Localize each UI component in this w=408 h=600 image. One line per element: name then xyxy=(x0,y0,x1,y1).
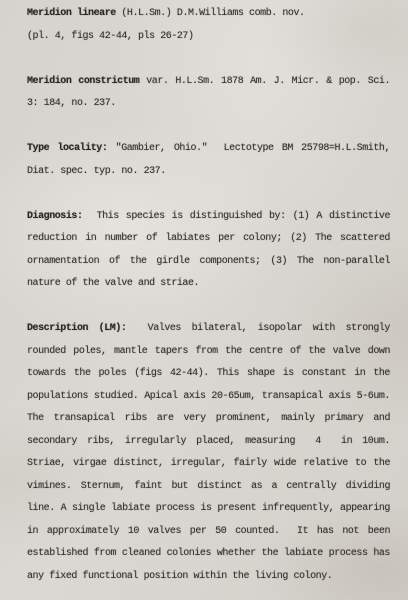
type-locality-text: "Gambier, Ohio." Lectotype BM 25798=H.L.… xyxy=(107,143,390,154)
diagnosis-label: Diagnosis: xyxy=(27,211,83,222)
scanned-document-page: Meridion lineare (H.L.Sm.) D.M.Williams … xyxy=(0,0,408,600)
description-line-3: towards the poles (figs 42-44). This sha… xyxy=(27,363,390,386)
description-label: Description (LM): xyxy=(27,323,126,334)
description-line-9: line. A single labiate process is presen… xyxy=(27,498,390,521)
plate-figure-reference: (pl. 4, figs 42-44, pls 26-27) xyxy=(27,26,390,49)
type-locality-line-2: Diat. spec. typ. no. 237. xyxy=(27,161,390,184)
diagnosis-line-3: ornamentation of the girdle components; … xyxy=(27,251,390,274)
synonym-citation-line-1: Meridion constrictum var. H.L.Sm. 1878 A… xyxy=(27,71,390,94)
species-heading-block: Meridion lineare (H.L.Sm.) D.M.Williams … xyxy=(27,3,390,48)
description-line-4: populations studied. Apical axis 20-65um… xyxy=(27,386,390,409)
description-line-5: The transapical ribs are very prominent,… xyxy=(27,408,390,431)
description-line-8: vimines. Sternum, faint but distinct as … xyxy=(27,476,390,499)
type-locality-label: Type locality: xyxy=(27,143,107,154)
description-line-10: in approximately 10 valves per 50 counte… xyxy=(27,521,390,544)
synonym-citation-rest: var. H.L.Sm. 1878 Am. J. Micr. & pop. Sc… xyxy=(139,76,390,87)
diagnosis-block: Diagnosis: This species is distinguished… xyxy=(27,206,390,296)
synonym-citation-line-2: 3: 184, no. 237. xyxy=(27,93,390,116)
description-line-7: Striae, virgae distinct, irregular, fair… xyxy=(27,453,390,476)
species-name: Meridion lineare xyxy=(27,8,116,19)
diagnosis-line-4: nature of the valve and striae. xyxy=(27,273,390,296)
species-heading-line: Meridion lineare (H.L.Sm.) D.M.Williams … xyxy=(27,3,390,26)
species-authority: (H.L.Sm.) D.M.Williams comb. nov. xyxy=(116,8,305,19)
description-line-12: any fixed functional position within the… xyxy=(27,566,390,589)
diagnosis-text: This species is distinguished by: (1) A … xyxy=(83,211,390,222)
type-locality-line-1: Type locality: "Gambier, Ohio." Lectotyp… xyxy=(27,138,390,161)
description-text: Valves bilateral, isopolar with strongly xyxy=(126,323,390,334)
synonym-citation-block: Meridion constrictum var. H.L.Sm. 1878 A… xyxy=(27,71,390,116)
diagnosis-line-1: Diagnosis: This species is distinguished… xyxy=(27,206,390,229)
description-line-11: established from cleaned colonies whethe… xyxy=(27,543,390,566)
basionym-name: Meridion constrictum xyxy=(27,76,139,87)
document-text-column: Meridion lineare (H.L.Sm.) D.M.Williams … xyxy=(27,3,390,588)
description-block: Description (LM): Valves bilateral, isop… xyxy=(27,318,390,588)
description-line-6: secondary ribs, irregularly placed, meas… xyxy=(27,431,390,454)
type-locality-block: Type locality: "Gambier, Ohio." Lectotyp… xyxy=(27,138,390,183)
diagnosis-line-2: reduction in number of labiates per colo… xyxy=(27,228,390,251)
description-line-1: Description (LM): Valves bilateral, isop… xyxy=(27,318,390,341)
description-line-2: rounded poles, mantle tapers from the ce… xyxy=(27,341,390,364)
